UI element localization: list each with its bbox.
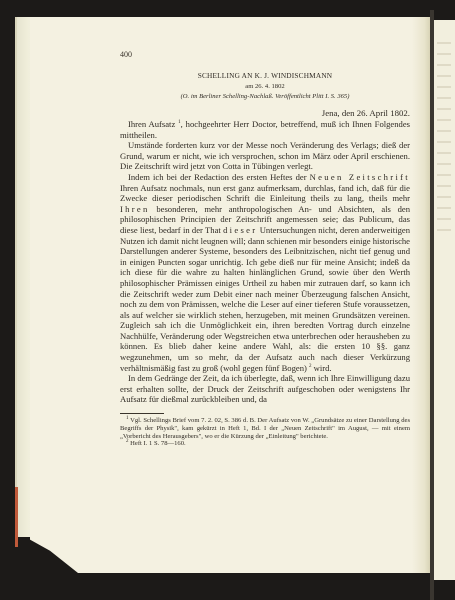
paragraph: Umstände forderten kurz vor der Messe no…	[120, 140, 410, 172]
footnote-text: Heft I. 1 S. 78—160.	[130, 440, 186, 447]
facing-page-text-line	[437, 141, 451, 143]
emphasized-word: Ihren	[120, 204, 150, 214]
letter-body: Ihren Aufsatz 1, hochgeehrter Herr Docto…	[120, 119, 410, 405]
letter-dateline: Jena, den 26. April 1802.	[120, 108, 410, 119]
emphasized-title: Neuen Zeitschrift	[310, 172, 410, 182]
facing-page-text-line	[437, 207, 451, 209]
paragraph-text: Untersuchungen nicht, deren anderweitige…	[120, 225, 410, 373]
page-gutter-shadow	[412, 17, 430, 573]
facing-page-text-line	[437, 185, 451, 187]
letter-heading-date: am 26. 4. 1802	[120, 83, 410, 90]
facing-page-text-line	[437, 163, 451, 165]
footnote: 2 Heft I. 1 S. 78—160.	[120, 440, 410, 448]
paragraph-text: Indem ich bei der Redaction des ersten H…	[128, 172, 310, 182]
paragraph: Indem ich bei der Redaction des ersten H…	[120, 172, 410, 373]
footnote-mark: 2	[126, 439, 129, 444]
facing-page-text-line	[437, 196, 451, 198]
footnotes: 1 Vgl. Schellings Brief vom 7. 2. 02, S.…	[120, 417, 410, 448]
footnote-mark: 1	[126, 416, 129, 421]
facing-page-text-line	[437, 42, 451, 44]
footnote-text: Vgl. Schellings Brief vom 7. 2. 02, S. 3…	[120, 417, 410, 440]
paragraph: Ihren Aufsatz 1, hochgeehrter Herr Docto…	[120, 119, 410, 140]
book-edge-color	[15, 487, 18, 547]
facing-page-text-line	[437, 75, 451, 77]
page-number: 400	[120, 50, 410, 59]
facing-page-text-line	[437, 174, 451, 176]
facing-page-text-line	[437, 64, 451, 66]
facing-page-text-line	[437, 152, 451, 154]
footnote-divider	[120, 413, 164, 414]
paragraph-text: Ihren Aufsatz	[128, 119, 178, 129]
facing-page-text-line	[437, 218, 451, 220]
facing-page-text-line	[437, 53, 451, 55]
paragraph-text: Ihren Aufsatz nochmals, nun erst ganz au…	[120, 183, 410, 204]
page-content: 400 SCHELLING AN K. J. WINDISCHMANN am 2…	[120, 50, 410, 448]
facing-page-text-line	[437, 130, 451, 132]
facing-page-text-line	[437, 229, 451, 231]
facing-page-text-line	[437, 108, 451, 110]
letter-source-note: (O. im Berliner Schelling-Nachlaß. Veröf…	[120, 93, 410, 100]
facing-page	[434, 20, 455, 580]
facing-page-text-line	[437, 119, 451, 121]
letter-heading: SCHELLING AN K. J. WINDISCHMANN	[120, 71, 410, 80]
emphasized-word: dieser	[223, 225, 257, 235]
facing-page-text-line	[437, 86, 451, 88]
facing-page-text-line	[437, 97, 451, 99]
paragraph-text: wird.	[312, 363, 332, 373]
paragraph: In dem Gedränge der Zeit, da ich überleg…	[120, 373, 410, 405]
footnote: 1 Vgl. Schellings Brief vom 7. 2. 02, S.…	[120, 417, 410, 440]
